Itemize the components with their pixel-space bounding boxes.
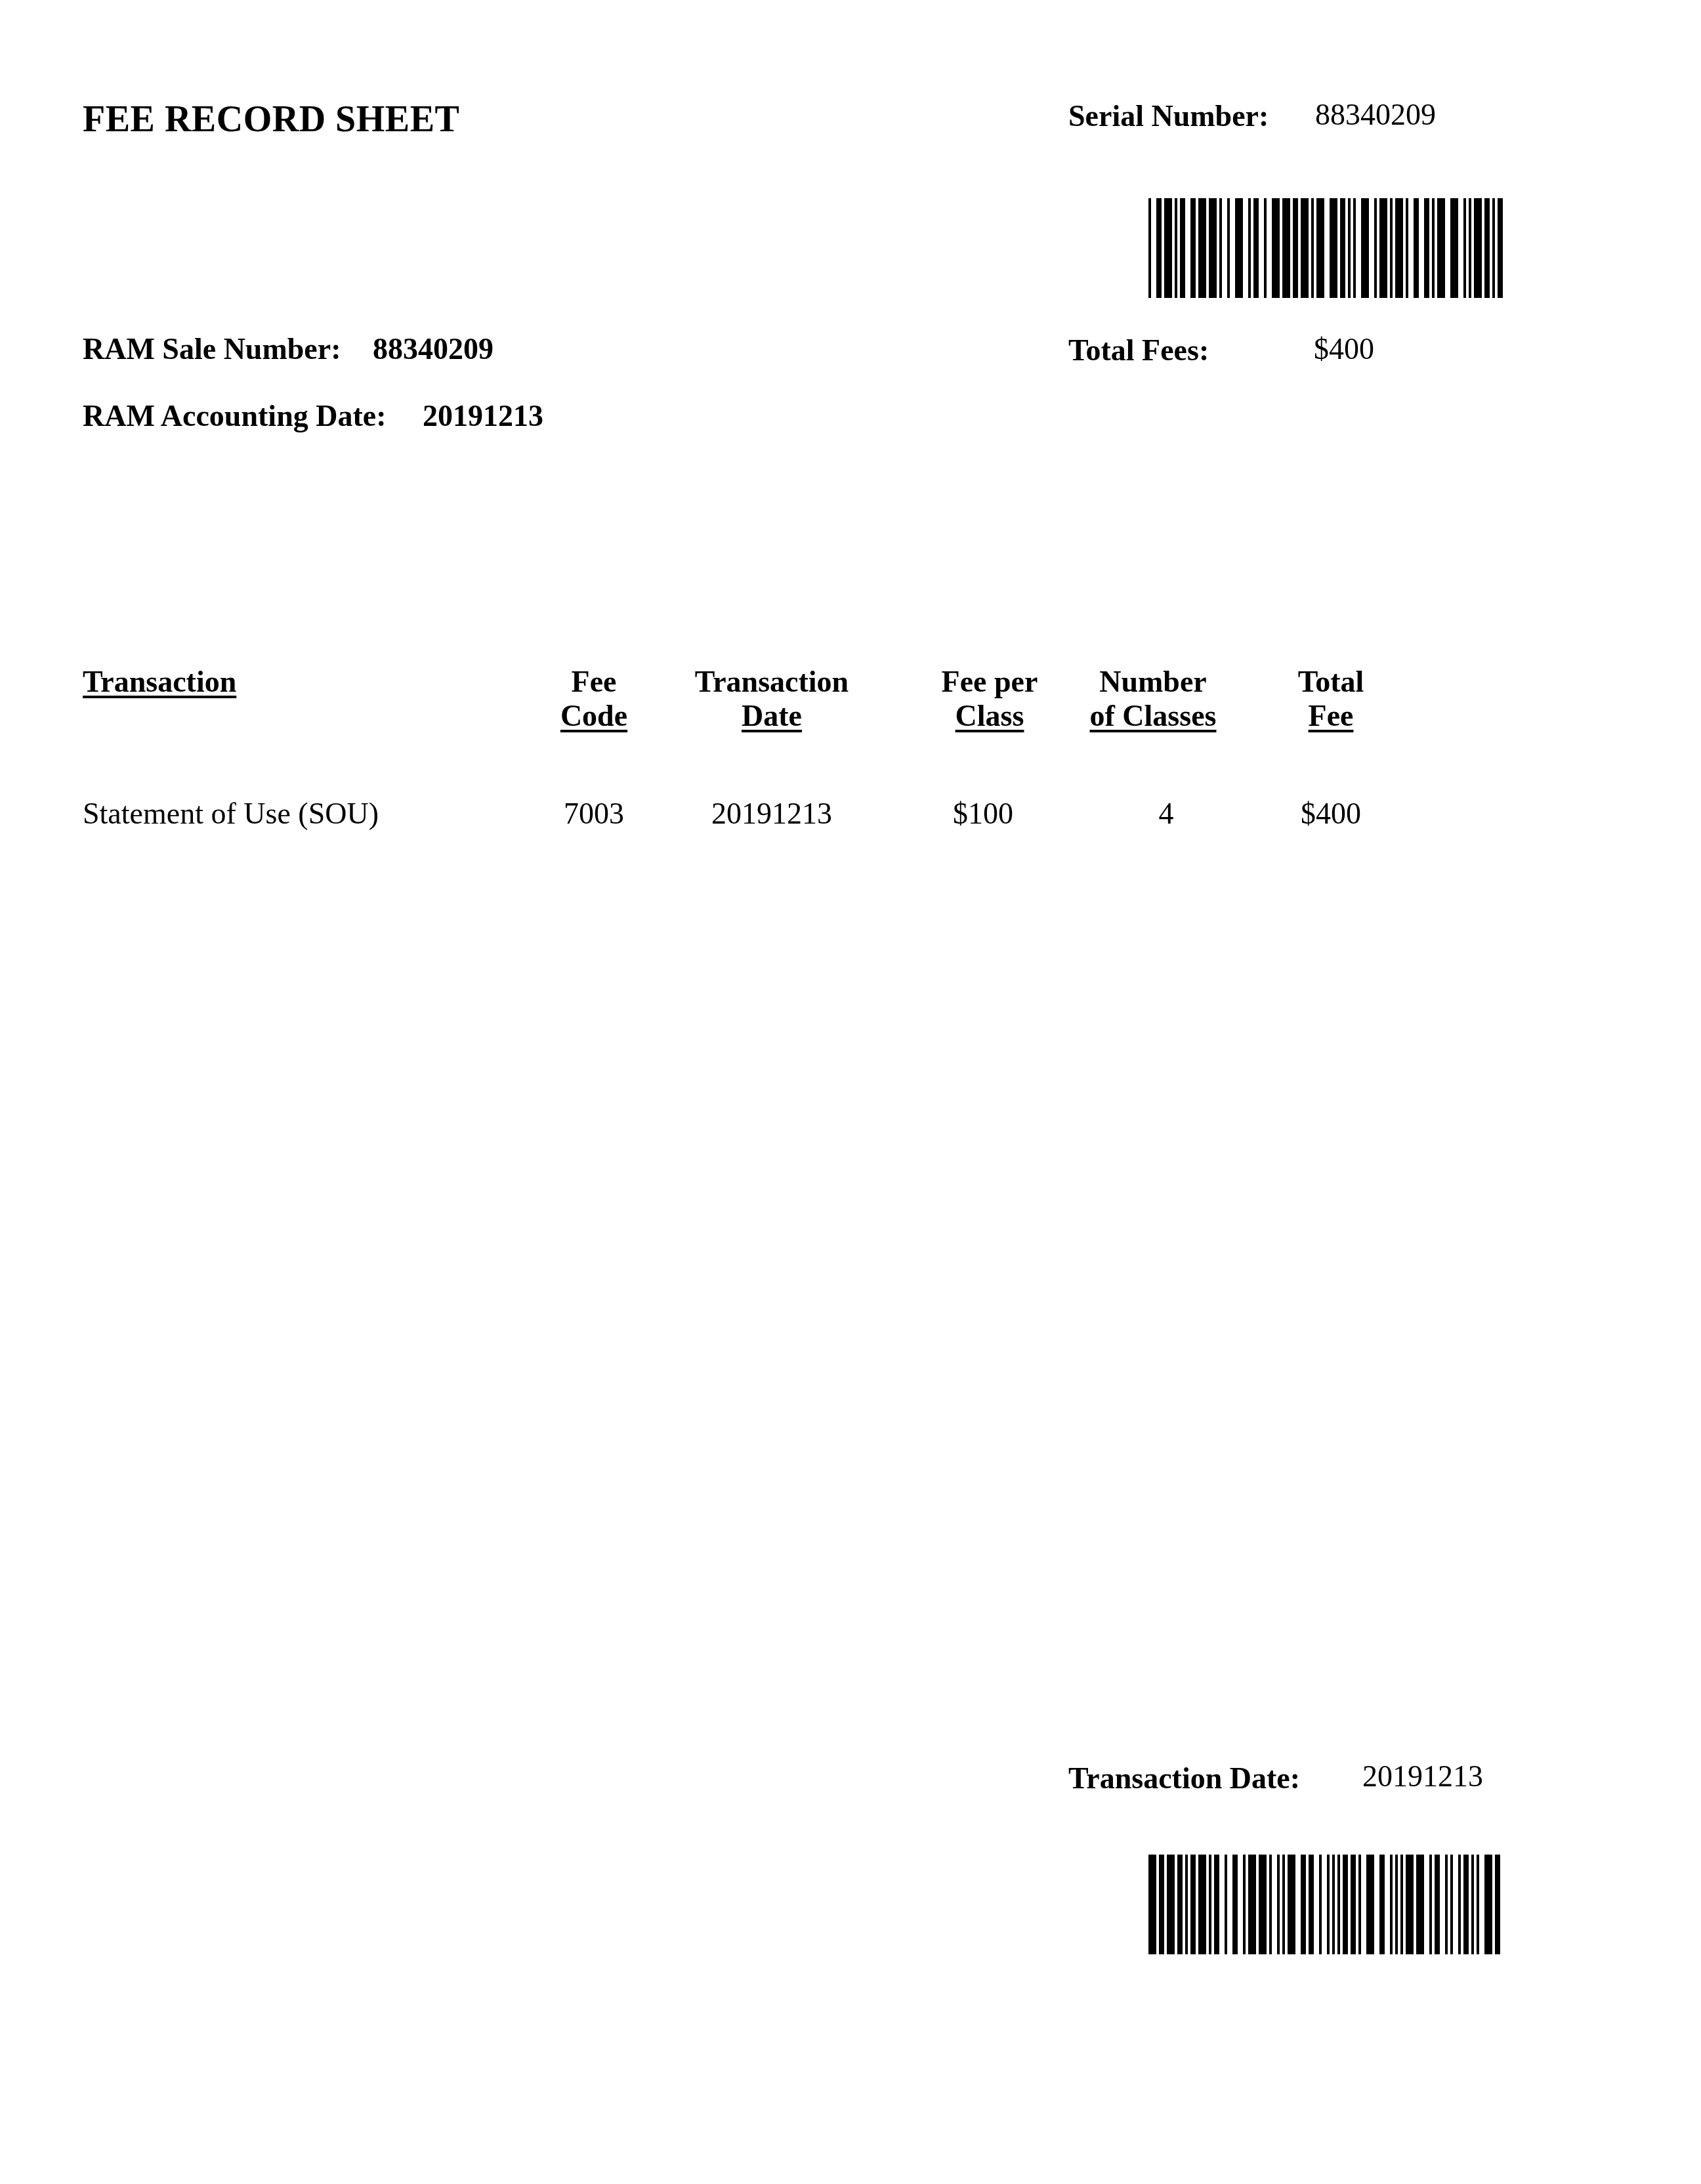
column-header-fee-per-class: Fee per Class bbox=[932, 665, 1047, 733]
column-header-line2: Code bbox=[558, 699, 630, 733]
column-header-line2: of Classes bbox=[1080, 699, 1226, 733]
column-header-transaction-text: Transaction bbox=[83, 665, 236, 699]
column-header-line1: Transaction bbox=[686, 665, 857, 699]
barcode-icon bbox=[1148, 198, 1503, 298]
column-header-line1: Total bbox=[1291, 665, 1370, 699]
column-header-transaction: Transaction bbox=[83, 665, 236, 699]
column-header-line1: Fee bbox=[558, 665, 630, 699]
column-header-number-of-classes: Number of Classes bbox=[1080, 665, 1226, 733]
transaction-date-value: 20191213 bbox=[1362, 1759, 1483, 1794]
ram-sale-number-label: RAM Sale Number: bbox=[83, 331, 341, 366]
cell-fee-code: 7003 bbox=[558, 796, 630, 831]
column-header-line2: Date bbox=[686, 699, 857, 733]
cell-transaction: Statement of Use (SOU) bbox=[83, 796, 379, 831]
serial-number-label: Serial Number: bbox=[1068, 98, 1269, 133]
barcode-icon bbox=[1148, 1855, 1503, 1954]
column-header-line2: Fee bbox=[1291, 699, 1370, 733]
cell-number-of-classes: 4 bbox=[1093, 796, 1239, 831]
total-fees-label: Total Fees: bbox=[1068, 333, 1209, 367]
column-header-total-fee: Total Fee bbox=[1291, 665, 1370, 733]
column-header-line1: Fee per bbox=[932, 665, 1047, 699]
column-header-line1: Number bbox=[1080, 665, 1226, 699]
total-fees-value: $400 bbox=[1314, 331, 1374, 366]
ram-accounting-date-value: 20191213 bbox=[423, 398, 543, 433]
cell-transaction-date: 20191213 bbox=[686, 796, 857, 831]
cell-total-fee: $400 bbox=[1291, 796, 1370, 831]
ram-sale-number-value: 88340209 bbox=[373, 331, 493, 366]
transaction-date-label: Transaction Date: bbox=[1068, 1761, 1300, 1795]
column-header-transaction-date: Transaction Date bbox=[686, 665, 857, 733]
ram-accounting-date-label: RAM Accounting Date: bbox=[83, 398, 387, 433]
cell-fee-per-class: $100 bbox=[925, 796, 1041, 831]
column-header-line2: Class bbox=[932, 699, 1047, 733]
serial-number-value: 88340209 bbox=[1315, 97, 1436, 132]
page-title: FEE RECORD SHEET bbox=[83, 98, 459, 140]
column-header-fee-code: Fee Code bbox=[558, 665, 630, 733]
